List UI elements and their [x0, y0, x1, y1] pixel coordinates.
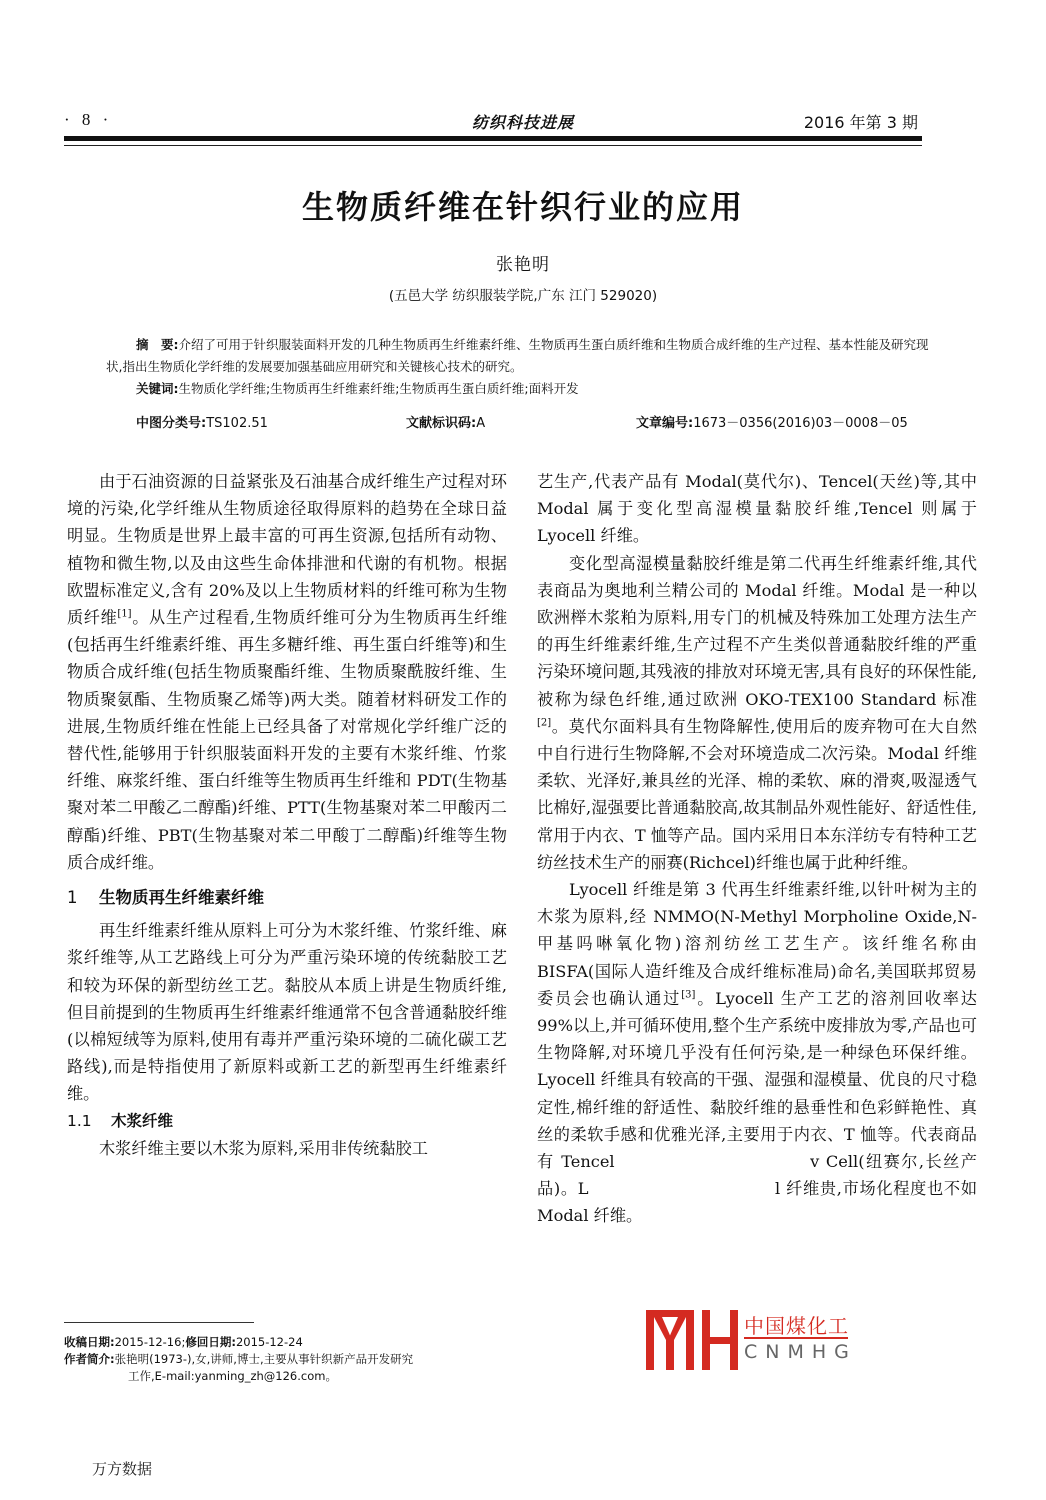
doc-code-field: 文献标识码:A: [406, 412, 636, 431]
wood-pulp-paragraph-cont: 艺生产,代表产品有 Modal(莫代尔)、Tencel(天丝)等,其中 Moda…: [537, 468, 977, 550]
received-date: 2015-12-16;: [115, 1335, 186, 1349]
revised-label: 修回日期:: [185, 1335, 236, 1349]
intro-paragraph: 由于石油资源的日益紧张及石油基合成纤维生产过程对环境的污染,化学纤维从生物质途径…: [67, 468, 507, 876]
article-no-value: 1673－0356(2016)03－0008－05: [693, 416, 908, 431]
clc-field: 中图分类号:TS102.51: [136, 412, 406, 431]
header-rule-thick: [64, 136, 922, 141]
bio-label: 作者简介:: [64, 1352, 115, 1366]
keywords-text: 生物质化学纤维;生物质再生纤维素纤维;生物质再生蛋白质纤维;面料开发: [179, 381, 579, 396]
classification-row: 中图分类号:TS102.51 文献标识码:A 文章编号:1673－0356(20…: [136, 412, 936, 431]
keywords-line: 关键词:生物质化学纤维;生物质再生纤维素纤维;生物质再生蛋白质纤维;面料开发: [106, 378, 936, 400]
abstract-label: 摘 要:: [136, 337, 179, 352]
article-title: 生物质纤维在针织行业的应用: [0, 182, 1046, 228]
body-column-left: 由于石油资源的日益紧张及石油基合成纤维生产过程对环境的污染,化学纤维从生物质途径…: [67, 468, 507, 1162]
clc-label: 中图分类号:: [136, 416, 206, 431]
modal-text-a: 变化型高湿模量黏胶纤维是第二代再生纤维素纤维,其代表商品为奥地利兰精公司的 Mo…: [537, 554, 977, 709]
abstract-paragraph: 摘 要:介绍了可用于针织服装面料开发的几种生物质再生纤维素纤维、生物质再生蛋白质…: [106, 334, 936, 378]
abstract-text: 介绍了可用于针织服装面料开发的几种生物质再生纤维素纤维、生物质再生蛋白质纤维和生…: [106, 337, 929, 374]
footnote-block: 收稿日期:2015-12-16;修回日期:2015-12-24 作者简介:张艳明…: [64, 1334, 524, 1385]
article-author: 张艳明: [0, 250, 1046, 275]
subsection-title: 木浆纤维: [111, 1112, 173, 1130]
mh-logo-icon: [646, 1310, 738, 1370]
dates-line: 收稿日期:2015-12-16;修回日期:2015-12-24: [64, 1334, 524, 1351]
bio-line: 作者简介:张艳明(1973-),女,讲师,博士,主要从事针织新产品开发研究: [64, 1351, 524, 1368]
modal-text-b: 。莫代尔面料具有生物降解性,使用后的废弃物可在大自然中自行进行生物降解,不会对环…: [537, 717, 977, 872]
subsection-number: 1.1: [67, 1108, 111, 1135]
doc-code-value: A: [476, 416, 485, 431]
header-rule-thin: [64, 145, 922, 146]
citation-1: [1]: [117, 609, 131, 620]
watermark-logo: 中国煤化工 CNMHG: [646, 1310, 976, 1370]
source-mark: 万方数据: [92, 1458, 152, 1479]
bio-text: 张艳明(1973-),女,讲师,博士,主要从事针织新产品开发研究: [115, 1352, 414, 1366]
lyocell-paragraph: Lyocell 纤维是第 3 代再生纤维素纤维,以针叶树为主的木浆为原料,经 N…: [537, 876, 977, 1230]
footnote-rule: [64, 1322, 254, 1323]
subsection-heading-1-1: 1.1木浆纤维: [67, 1108, 507, 1135]
modal-paragraph: 变化型高湿模量黏胶纤维是第二代再生纤维素纤维,其代表商品为奥地利兰精公司的 Mo…: [537, 550, 977, 876]
keywords-label: 关键词:: [136, 381, 179, 396]
intro-text-a: 由于石油资源的日益紧张及石油基合成纤维生产过程对环境的污染,化学纤维从生物质途径…: [67, 472, 507, 627]
section-number: 1: [67, 884, 99, 911]
clc-value: TS102.51: [206, 416, 268, 431]
lyocell-text-b: 。Lyocell 生产工艺的溶剂回收率达 99%以上,并可循环使用,整个生产系统…: [537, 989, 977, 1226]
section1-paragraph: 再生纤维素纤维从原料上可分为木浆纤维、竹浆纤维、麻浆纤维等,从工艺路线上可分为严…: [67, 917, 507, 1107]
article-no-field: 文章编号:1673－0356(2016)03－0008－05: [636, 412, 908, 431]
citation-2: [2]: [537, 717, 551, 728]
body-column-right: 艺生产,代表产品有 Modal(莫代尔)、Tencel(天丝)等,其中 Moda…: [537, 468, 977, 1230]
intro-text-b: 。从生产过程看,生物质纤维可分为生物质再生纤维(包括再生纤维素纤维、再生多糖纤维…: [67, 608, 507, 872]
watermark-cn-text: 中国煤化工: [744, 1310, 849, 1339]
received-label: 收稿日期:: [64, 1335, 115, 1349]
revised-date: 2015-12-24: [236, 1335, 303, 1349]
issue-label: 2016 年第 3 期: [804, 110, 918, 133]
doc-code-label: 文献标识码:: [406, 416, 476, 431]
wood-pulp-paragraph: 木浆纤维主要以木浆为原料,采用非传统黏胶工: [67, 1135, 507, 1162]
bio-line-2: 工作,E-mail:yanming_zh@126.com。: [64, 1368, 524, 1385]
watermark-en-text: CNMHG: [744, 1341, 857, 1363]
article-no-label: 文章编号:: [636, 416, 693, 431]
section-title: 生物质再生纤维素纤维: [99, 888, 264, 907]
citation-3: [3]: [681, 989, 695, 1000]
section-heading-1: 1生物质再生纤维素纤维: [67, 884, 507, 911]
watermark-underline: [744, 1337, 848, 1339]
abstract-block: 摘 要:介绍了可用于针织服装面料开发的几种生物质再生纤维素纤维、生物质再生蛋白质…: [106, 334, 936, 400]
author-affiliation: (五邑大学 纺织服装学院,广东 江门 529020): [0, 284, 1046, 304]
